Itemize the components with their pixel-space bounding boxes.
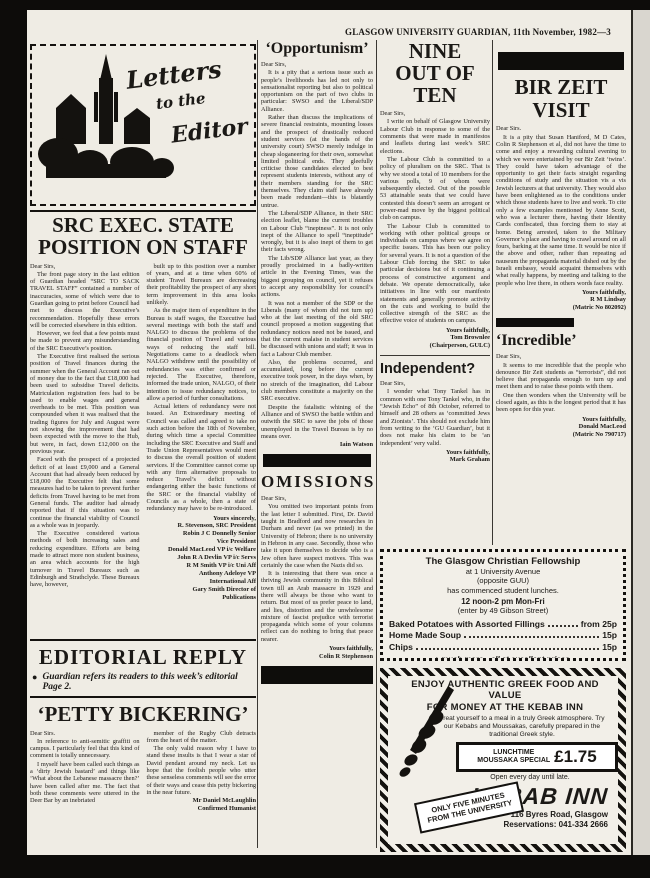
section-divider-bar (261, 666, 373, 684)
redacted-headline-bar (498, 52, 624, 70)
petty-col1: Dear Sirs. In reference to anti-semitic … (30, 730, 140, 814)
paragraphs: I write on behalf of Glasgow University … (380, 118, 490, 324)
paragraphs: The front page story in the last edition… (30, 271, 140, 589)
special-label-2: MOUSSAKA SPECIAL (477, 757, 550, 765)
signatures: Donald MacLeod(Matric No 790717) (496, 423, 626, 439)
petty-bickering-body: Dear Sirs. In reference to anti-semitic … (30, 730, 256, 814)
ad-menu: Baked Potatoes with Assorted Fillings fr… (389, 619, 617, 654)
page-border-right (631, 10, 633, 855)
column-d: BIR ZEIT VISIT Dear Sirs. It is a pity t… (496, 52, 626, 439)
dot-leader (416, 642, 599, 650)
rule (380, 355, 490, 356)
special-offer-box: LUNCHTIME MOUSSAKA SPECIAL £1.75 (456, 742, 618, 772)
opportunism-headline: ‘Opportunism’ (261, 40, 373, 58)
signatures: R. Stevenson, SRC PresidentRobin J C Don… (147, 522, 257, 602)
signatures: Tom Brownlee(Chairperson, GULC) (380, 334, 490, 350)
salutation: Dear Sirs, (496, 353, 626, 360)
dot-leader (548, 619, 578, 627)
ad-tagline: Treat yourself to a meal in a truly Gree… (436, 715, 608, 739)
column-a: Letters to the Editor SRC EXEC. STATE PO… (30, 44, 256, 813)
nine-out-of-ten-body: Dear Sirs, I write on behalf of Glasgow … (380, 110, 490, 350)
signoff: Yours faithfully, (261, 645, 373, 652)
editorial-reply-note: ● Guardian refers its readers to this we… (32, 672, 256, 692)
nine-out-of-ten-headline: NINE OUT OF TEN (389, 40, 481, 106)
signoff: Yours faithfully, (380, 327, 490, 334)
paragraphs: It is a pity that Susan Haniford, M D Ca… (496, 134, 626, 287)
editorial-reply-text: Guardian refers its readers to this week… (42, 672, 256, 692)
signature: Mark Graham (380, 456, 490, 464)
kebab-inn-ad: ENJOY AUTHENTIC GREEK FOOD AND VALUE FOR… (380, 668, 626, 852)
column-rule (492, 40, 493, 545)
masthead: GLASGOW UNIVERSITY GUARDIAN, 11th Novemb… (330, 27, 626, 37)
dot-leader (464, 630, 599, 638)
bir-zeit-body: Dear Sirs. It is a pity that Susan Hanif… (496, 125, 626, 312)
salutation: Dear Sirs, (261, 495, 373, 502)
signature: Colin R Stephenson (261, 653, 373, 661)
menu-row: Chips 15p (389, 642, 617, 654)
script-editor: Editor (170, 113, 250, 148)
independent-body: Dear Sirs, I wonder what Tony Tankel has… (380, 380, 490, 464)
paragraphs: It seems to me incredible that the peopl… (496, 362, 626, 414)
signoff: Yours faithfully, (496, 416, 626, 423)
menu-price: 15p (602, 642, 617, 654)
salutation: Dear Sirs. (496, 125, 626, 132)
paragraphs: built up to this position over a number … (147, 263, 257, 513)
bullet-icon: ● (32, 672, 37, 692)
special-label-1: LUNCHTIME (477, 749, 550, 757)
paragraphs: member of the Rugby Club detracts from t… (147, 730, 257, 797)
menu-row: Baked Potatoes with Assorted Fillings fr… (389, 619, 617, 631)
ad-title: The Glasgow Christian Fellowship (389, 556, 617, 567)
independent-headline: Independent? (380, 361, 490, 377)
src-exec-headline: SRC EXEC. STATE POSITION ON STAFF (30, 214, 256, 259)
page-border-left (0, 0, 27, 860)
page-border-top (0, 0, 650, 10)
ad-line: at 1 University Avenue (389, 567, 617, 576)
newspaper-page: GLASGOW UNIVERSITY GUARDIAN, 11th Novemb… (0, 0, 650, 878)
section-divider-bar (263, 454, 371, 467)
ad-line: (opposite GUU) (389, 576, 617, 585)
page-border-bottom (0, 855, 650, 878)
paragraphs: I wonder what Tony Tankel has in common … (380, 388, 490, 446)
salutation: Dear Sirs, (380, 380, 490, 387)
ad-line: has commenced student lunches. (389, 586, 617, 595)
signoff: Yours sincerely, (147, 515, 257, 522)
ad-entrance: (enter by 49 Gibson Street) (389, 606, 617, 615)
kebab-skewer-icon (396, 684, 456, 789)
salutation: Dear Sirs. (30, 730, 140, 737)
rule (30, 639, 256, 641)
paragraphs: It is a pity that a serious issue such a… (261, 69, 373, 440)
src-exec-col1: Dear Sirs, The front page story in the l… (30, 263, 140, 635)
src-exec-body: Dear Sirs, The front page story in the l… (30, 263, 256, 635)
opening-hours: Open every day until late. (446, 774, 614, 781)
editorial-reply: EDITORIAL REPLY ● Guardian refers its re… (30, 645, 256, 692)
bir-zeit-headline: BIR ZEIT VISIT (496, 76, 626, 121)
salutation: Dear Sirs, (380, 110, 490, 117)
salutation: Dear Sirs, (261, 61, 373, 68)
column-rule (376, 40, 377, 848)
column-c: NINE OUT OF TEN Dear Sirs, I write on be… (380, 40, 490, 464)
column-rule (257, 40, 258, 848)
rule (30, 210, 256, 212)
signatures: R M Lindsay(Matric No 802092) (496, 296, 626, 312)
menu-item: Home Made Soup (389, 630, 461, 642)
petty-col2: member of the Rugby Club detracts from t… (147, 730, 257, 814)
paragraphs: In reference to anti-semitic graffiti on… (30, 738, 140, 805)
rule (30, 696, 256, 698)
opportunism-body: Dear Sirs, It is a pity that a serious i… (261, 61, 373, 449)
omissions-body: Dear Sirs, You omitted two important poi… (261, 495, 373, 660)
signatures: Mr Daniel McLaughlinConfirmed Humanist (147, 797, 257, 813)
ad-footer: + much more—all at excellent prices. (389, 655, 617, 661)
src-exec-col2: built up to this position over a number … (147, 263, 257, 635)
section-divider-bar (496, 318, 574, 327)
letters-to-the-editor-box: Letters to the Editor (30, 44, 256, 206)
special-price: £1.75 (554, 747, 597, 767)
signoff: Yours faithfully, (380, 449, 490, 456)
column-b: ‘Opportunism’ Dear Sirs, It is a pity th… (261, 40, 373, 684)
special-label: LUNCHTIME MOUSSAKA SPECIAL (477, 749, 550, 765)
incredible-headline: ‘Incredible’ (496, 332, 626, 350)
signature: Iain Watson (261, 441, 373, 449)
christian-fellowship-ad: The Glasgow Christian Fellowship at 1 Un… (380, 549, 626, 661)
omissions-headline: OMISSIONS (261, 472, 373, 492)
menu-row: Home Made Soup 15p (389, 630, 617, 642)
salutation: Dear Sirs, (30, 263, 140, 270)
incredible-body: Dear Sirs, It seems to me incredible tha… (496, 353, 626, 439)
menu-price: 15p (602, 630, 617, 642)
page-edge (633, 10, 650, 855)
ad-hours: 12 noon-2 pm Mon-Fri (389, 597, 617, 606)
signoff: Yours faithfully, (496, 289, 626, 296)
editorial-reply-headline: EDITORIAL REPLY (30, 645, 256, 670)
petty-bickering-headline: ‘PETTY BICKERING’ (30, 702, 256, 727)
menu-item: Baked Potatoes with Assorted Fillings (389, 619, 545, 631)
paragraphs: You omitted two important points from th… (261, 503, 373, 643)
menu-item: Chips (389, 642, 413, 654)
menu-price: from 25p (581, 619, 617, 631)
